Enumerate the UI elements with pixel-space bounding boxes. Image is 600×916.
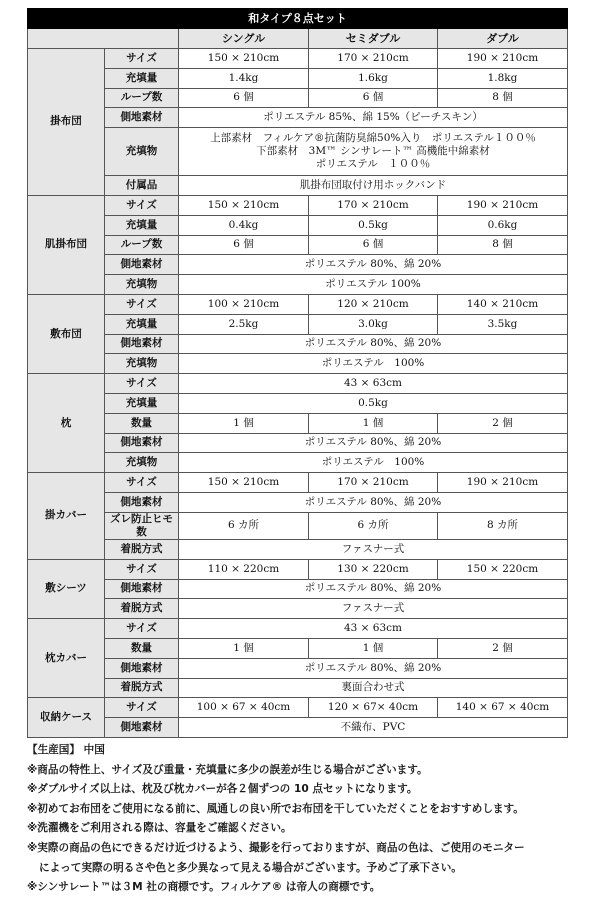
cell-value: 8 カ所 [438, 512, 568, 539]
row-label: 充填量 [105, 314, 179, 334]
row-label: サイズ [105, 473, 179, 493]
note-line-continuation: によって実際の明るさや色と多少異なって見える場合がございます。予めご了承下さい。 [27, 859, 587, 879]
row-label: ズレ防止ヒモ数 [105, 512, 179, 539]
cell-line: 下部素材 3M™ シンサレート™ 高機能中綿素材 [179, 145, 567, 158]
row-label: サイズ [105, 619, 179, 639]
group-label: 枕カバー [28, 619, 105, 698]
cell-value: 6 個 [309, 235, 438, 255]
cell-value-merged: ポリエステル 85%、綿 15%（ピーチスキン） [179, 108, 568, 128]
row-label: ループ数 [105, 235, 179, 255]
table-row: 付属品肌掛布団取付け用ホックバンド [28, 176, 568, 196]
table-row: 肌掛布団サイズ150 × 210cm170 × 210cm190 × 210cm [28, 195, 568, 215]
table-row: 側地素材ポリエステル 80%、綿 20% [28, 255, 568, 275]
row-label: 付属品 [105, 176, 179, 196]
row-label: サイズ [105, 195, 179, 215]
table-row: 充填量2.5kg3.0kg3.5kg [28, 314, 568, 334]
row-label: 充填物 [105, 275, 179, 295]
table-row: ループ数6 個6 個8 個 [28, 88, 568, 108]
note-line: ※実際の商品の色にできるだけ近づけるよう、撮影を行っておりますが、商品の色は、ご… [27, 839, 587, 859]
cell-value: 150 × 210cm [179, 195, 309, 215]
cell-value: 8 個 [438, 235, 568, 255]
table-row: 側地素材ポリエステル 85%、綿 15%（ピーチスキン） [28, 108, 568, 128]
cell-value: 1.8kg [438, 68, 568, 88]
cell-value: 170 × 210cm [309, 49, 438, 69]
cell-value: 110 × 220cm [179, 559, 309, 579]
note-line: ※初めてお布団をご使用になる前に、風通しの良い所でお布団を干していただくことをお… [27, 800, 587, 820]
table-row: 側地素材ポリエステル 80%、綿 20% [28, 579, 568, 599]
cell-value-merged: ポリエステル 80%、綿 20% [179, 658, 568, 678]
cell-value: 190 × 210cm [438, 49, 568, 69]
cell-value-merged: ポリエステル 80%、綿 20% [179, 579, 568, 599]
table-row: 数量1 個1 個2 個 [28, 638, 568, 658]
table-row: 側地素材不織布、PVC [28, 718, 568, 738]
table-row: 側地素材ポリエステル 80%、綿 20% [28, 433, 568, 453]
cell-value: 1.4kg [179, 68, 309, 88]
cell-value: 0.6kg [438, 215, 568, 235]
cell-value: 150 × 210cm [179, 49, 309, 69]
cell-value: 170 × 210cm [309, 195, 438, 215]
column-header-semidouble: セミダブル [309, 29, 438, 49]
row-label: 側地素材 [105, 658, 179, 678]
cell-value-merged: ポリエステル 100% [179, 453, 568, 473]
cell-value-merged: ポリエステル 80%、綿 20% [179, 255, 568, 275]
spec-table-body: 掛布団サイズ150 × 210cm170 × 210cm190 × 210cm充… [28, 49, 568, 738]
cell-value-merged: ファスナー式 [179, 599, 568, 619]
table-row: 枕サイズ43 × 63cm [28, 374, 568, 394]
row-label: 着脱方式 [105, 599, 179, 619]
table-row: ループ数6 個6 個8 個 [28, 235, 568, 255]
row-label: 数量 [105, 638, 179, 658]
table-row: 掛カバーサイズ150 × 210cm170 × 210cm190 × 210cm [28, 473, 568, 493]
group-label: 肌掛布団 [28, 195, 105, 294]
row-label: 数量 [105, 413, 179, 433]
row-label: 充填量 [105, 215, 179, 235]
origin-country: 【生産国】 中国 [27, 741, 587, 761]
group-label: 枕 [28, 374, 105, 473]
table-row: 充填物上部素材 フィルケア®抗菌防臭綿50%入り ポリエステル１００％下部素材 … [28, 128, 568, 176]
row-label: 充填物 [105, 128, 179, 176]
cell-value: 1 個 [179, 413, 309, 433]
row-label: サイズ [105, 374, 179, 394]
cell-value: 6 個 [309, 88, 438, 108]
row-label: サイズ [105, 559, 179, 579]
cell-line: 上部素材 フィルケア®抗菌防臭綿50%入り ポリエステル１００％ [179, 132, 567, 145]
table-header-row: シングル セミダブル ダブル [28, 29, 568, 49]
row-label: 充填物 [105, 453, 179, 473]
row-label: 側地素材 [105, 579, 179, 599]
table-row: 側地素材ポリエステル 80%、綿 20% [28, 492, 568, 512]
cell-value: 6 カ所 [309, 512, 438, 539]
group-label: 掛カバー [28, 473, 105, 560]
cell-value: 2.5kg [179, 314, 309, 334]
row-label: 側地素材 [105, 433, 179, 453]
row-label: 充填物 [105, 354, 179, 374]
cell-value-merged: ポリエステル 80%、綿 20% [179, 492, 568, 512]
table-row: 側地素材ポリエステル 80%、綿 20% [28, 658, 568, 678]
row-label: 着脱方式 [105, 539, 179, 559]
cell-value-merged: 不織布、PVC [179, 718, 568, 738]
table-row: 側地素材ポリエステル 80%、綿 20% [28, 334, 568, 354]
group-label: 敷シーツ [28, 559, 105, 618]
table-row: 着脱方式裏面合わせ式 [28, 678, 568, 698]
cell-value: 6 カ所 [179, 512, 309, 539]
table-row: 収納ケースサイズ100 × 67 × 40cm120 × 67× 40cm140… [28, 698, 568, 718]
cell-value: 100 × 210cm [179, 294, 309, 314]
cell-value: 130 × 220cm [309, 559, 438, 579]
table-row: 掛布団サイズ150 × 210cm170 × 210cm190 × 210cm [28, 49, 568, 69]
cell-value: 2 個 [438, 413, 568, 433]
cell-value: 2 個 [438, 638, 568, 658]
cell-value-merged: 0.5kg [179, 393, 568, 413]
spec-table: 和タイプ８点セット シングル セミダブル ダブル 掛布団サイズ150 × 210… [27, 8, 568, 738]
note-line: ※洗濯機をご利用される際は、容量をご確認ください。 [27, 819, 587, 839]
notes-section: 【生産国】 中国 ※商品の特性上、サイズ及び重量・充填量に多少の誤差が生じる場合… [27, 741, 587, 898]
cell-value: 3.0kg [309, 314, 438, 334]
table-row: 数量1 個1 個2 個 [28, 413, 568, 433]
cell-value-merged: 43 × 63cm [179, 374, 568, 394]
row-label: サイズ [105, 698, 179, 718]
cell-value: 140 × 67 × 40cm [438, 698, 568, 718]
group-label: 敷布団 [28, 294, 105, 373]
header-blank [28, 29, 179, 49]
cell-value: 170 × 210cm [309, 473, 438, 493]
cell-value: 6 個 [179, 88, 309, 108]
cell-value: 8 個 [438, 88, 568, 108]
row-label: 側地素材 [105, 255, 179, 275]
group-label: 掛布団 [28, 49, 105, 196]
table-row: 充填物ポリエステル 100% [28, 275, 568, 295]
table-row: 充填量0.4kg0.5kg0.6kg [28, 215, 568, 235]
table-row: ズレ防止ヒモ数6 カ所6 カ所8 カ所 [28, 512, 568, 539]
cell-value: 3.5kg [438, 314, 568, 334]
table-row: 枕カバーサイズ43 × 63cm [28, 619, 568, 639]
note-line: ※ダブルサイズ以上は、枕及び枕カバーが各２個ずつの 10 点セットになります。 [27, 780, 587, 800]
cell-value: 1.6kg [309, 68, 438, 88]
cell-value-merged: ポリエステル 100% [179, 275, 568, 295]
cell-value: 120 × 67× 40cm [309, 698, 438, 718]
table-title-row: 和タイプ８点セット [28, 9, 568, 29]
table-row: 充填物ポリエステル 100% [28, 453, 568, 473]
table-row: 充填物ポリエステル 100% [28, 354, 568, 374]
cell-value-merged: ポリエステル 100% [179, 354, 568, 374]
column-header-single: シングル [179, 29, 309, 49]
cell-value-merged: 肌掛布団取付け用ホックバンド [179, 176, 568, 196]
cell-line: ポリエステル １００％ [179, 158, 567, 171]
row-label: 側地素材 [105, 108, 179, 128]
cell-value: 190 × 210cm [438, 473, 568, 493]
row-label: サイズ [105, 294, 179, 314]
group-label: 収納ケース [28, 698, 105, 738]
table-row: 着脱方式ファスナー式 [28, 539, 568, 559]
row-label: 側地素材 [105, 718, 179, 738]
cell-value: 150 × 220cm [438, 559, 568, 579]
row-label: 側地素材 [105, 334, 179, 354]
row-label: 充填量 [105, 393, 179, 413]
note-line: ※シンサレート™は３M 社の商標です。フィルケア® は帝人の商標です。 [27, 878, 587, 898]
table-row: 敷シーツサイズ110 × 220cm130 × 220cm150 × 220cm [28, 559, 568, 579]
row-label: 着脱方式 [105, 678, 179, 698]
cell-value: 6 個 [179, 235, 309, 255]
row-label: サイズ [105, 49, 179, 69]
cell-value: 150 × 210cm [179, 473, 309, 493]
cell-value-merged: ポリエステル 80%、綿 20% [179, 334, 568, 354]
row-label: 充填量 [105, 68, 179, 88]
cell-value: 1 個 [179, 638, 309, 658]
cell-value-merged: ファスナー式 [179, 539, 568, 559]
row-label: ループ数 [105, 88, 179, 108]
cell-value-merged: ポリエステル 80%、綿 20% [179, 433, 568, 453]
cell-value: 120 × 210cm [309, 294, 438, 314]
cell-value-merged: 裏面合わせ式 [179, 678, 568, 698]
cell-value: 0.4kg [179, 215, 309, 235]
cell-value-multiline: 上部素材 フィルケア®抗菌防臭綿50%入り ポリエステル１００％下部素材 3M™… [179, 128, 568, 176]
row-label: 側地素材 [105, 492, 179, 512]
cell-value: 190 × 210cm [438, 195, 568, 215]
table-row: 充填量0.5kg [28, 393, 568, 413]
table-row: 充填量1.4kg1.6kg1.8kg [28, 68, 568, 88]
table-title: 和タイプ８点セット [28, 9, 568, 29]
cell-value-merged: 43 × 63cm [179, 619, 568, 639]
cell-value: 140 × 210cm [438, 294, 568, 314]
column-header-double: ダブル [438, 29, 568, 49]
note-line: ※商品の特性上、サイズ及び重量・充填量に多少の誤差が生じる場合がございます。 [27, 761, 587, 781]
cell-value: 1 個 [309, 413, 438, 433]
table-row: 敷布団サイズ100 × 210cm120 × 210cm140 × 210cm [28, 294, 568, 314]
cell-value: 100 × 67 × 40cm [179, 698, 309, 718]
cell-value: 1 個 [309, 638, 438, 658]
cell-value: 0.5kg [309, 215, 438, 235]
table-row: 着脱方式ファスナー式 [28, 599, 568, 619]
